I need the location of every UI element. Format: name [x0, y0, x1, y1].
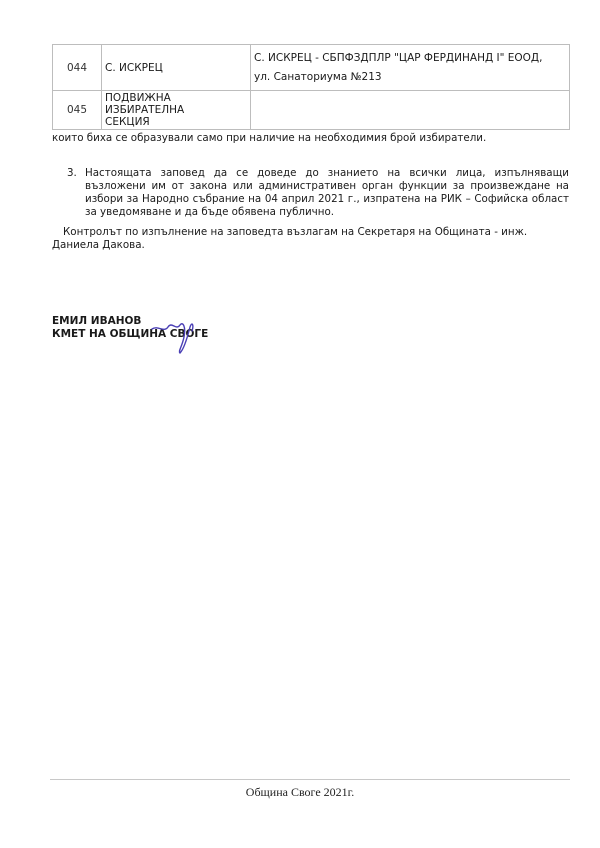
section-name-line-2: СЕКЦИЯ	[105, 116, 247, 128]
section-name: С. ИСКРЕЦ	[102, 45, 251, 91]
list-item-number: 3.	[67, 167, 85, 219]
section-address	[251, 91, 570, 130]
paragraph-continuation: които биха се образували само при наличи…	[52, 132, 572, 145]
section-name-line-1: ПОДВИЖНА ИЗБИРАТЕЛНА	[105, 92, 247, 116]
control-paragraph: Контролът по изпълнение на заповедта въз…	[52, 226, 570, 252]
footer-divider	[50, 779, 570, 780]
list-item-text: Настоящата заповед да се доведе до знани…	[85, 167, 569, 219]
table-row: 045 ПОДВИЖНА ИЗБИРАТЕЛНА СЕКЦИЯ	[53, 91, 570, 130]
list-item-3: 3. Настоящата заповед да се доведе до зн…	[67, 167, 569, 219]
section-number: 044	[53, 45, 102, 91]
address-line-1: С. ИСКРЕЦ - СБПФЗДПЛР "ЦАР ФЕРДИНАНД I" …	[254, 49, 566, 68]
section-number: 045	[53, 91, 102, 130]
address-line-2: ул. Санаториума №213	[254, 68, 566, 87]
polling-sections-table: 044 С. ИСКРЕЦ С. ИСКРЕЦ - СБПФЗДПЛР "ЦАР…	[52, 44, 570, 130]
page-footer: Община Своге 2021г.	[0, 785, 600, 800]
handwritten-signature-icon	[150, 317, 200, 357]
section-address: С. ИСКРЕЦ - СБПФЗДПЛР "ЦАР ФЕРДИНАНД I" …	[251, 45, 570, 91]
section-name: ПОДВИЖНА ИЗБИРАТЕЛНА СЕКЦИЯ	[102, 91, 251, 130]
table-row: 044 С. ИСКРЕЦ С. ИСКРЕЦ - СБПФЗДПЛР "ЦАР…	[53, 45, 570, 91]
document-page: 044 С. ИСКРЕЦ С. ИСКРЕЦ - СБПФЗДПЛР "ЦАР…	[0, 0, 600, 848]
